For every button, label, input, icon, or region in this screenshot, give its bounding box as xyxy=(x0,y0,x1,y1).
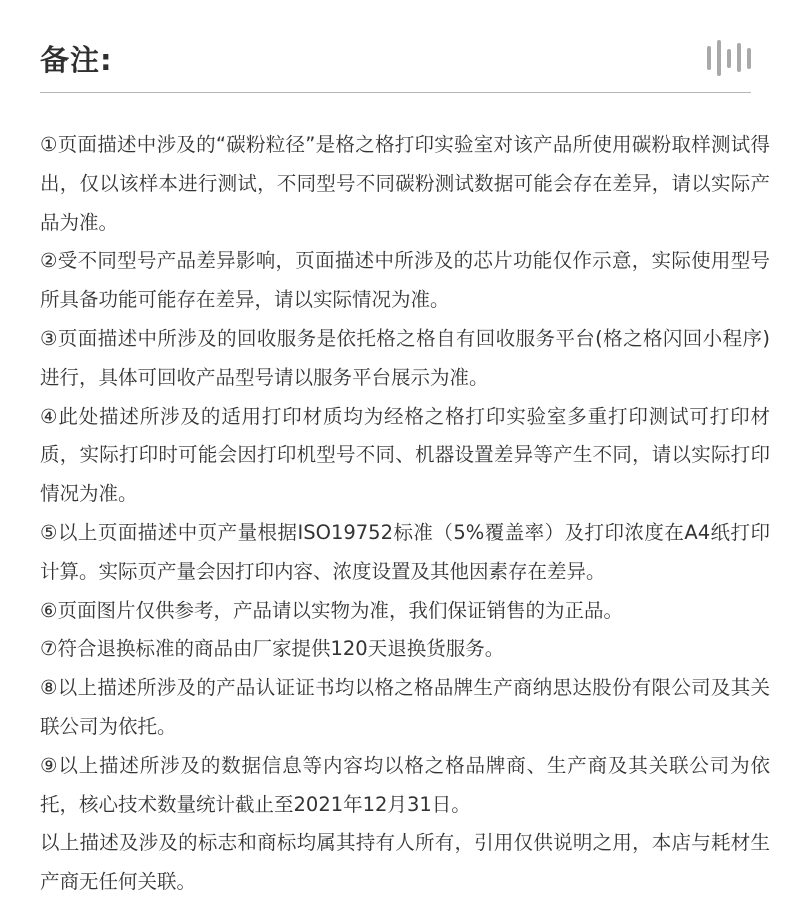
notes-list: ①页面描述中涉及的“碳粉粒径”是格之格打印实验室对该产品所使用碳粉取样测试得出，… xyxy=(40,126,770,902)
wave-bar xyxy=(717,40,721,76)
note-item-7: ⑦符合退换标准的商品由厂家提供120天退换货服务。 xyxy=(40,630,770,669)
page-title: 备注: xyxy=(40,40,113,80)
note-item-2: ②受不同型号产品差异影响，页面描述中所涉及的芯片功能仅作示意，实际使用型号所具备… xyxy=(40,242,770,320)
note-item-4: ④此处描述所涉及的适用打印材质均为经格之格打印实验室多重打印测试可打印材质，实际… xyxy=(40,398,770,514)
note-item-5: ⑤以上页面描述中页产量根据ISO19752标准（5%覆盖率）及打印浓度在A4纸打… xyxy=(40,514,770,592)
header-divider xyxy=(40,92,751,93)
wave-bar xyxy=(707,46,711,70)
wave-bar xyxy=(737,43,741,72)
note-item-6: ⑥页面图片仅供参考，产品请以实物为准，我们保证销售的为正品。 xyxy=(40,592,770,631)
notes-header: 备注: xyxy=(40,38,751,94)
wave-bar xyxy=(727,49,731,68)
wave-bar xyxy=(747,48,751,69)
trademark-disclaimer: 以上描述及涉及的标志和商标均属其持有人所有，引用仅供说明之用，本店与耗材生产商无… xyxy=(40,824,770,902)
note-item-3: ③页面描述中所涉及的回收服务是依托格之格自有回收服务平台(格之格闪回小程序)进行… xyxy=(40,320,770,398)
note-item-1: ①页面描述中涉及的“碳粉粒径”是格之格打印实验室对该产品所使用碳粉取样测试得出，… xyxy=(40,126,770,242)
note-item-9: ⑨以上描述所涉及的数据信息等内容均以格之格品牌商、生产商及其关联公司为依托，核心… xyxy=(40,747,770,825)
note-item-8: ⑧以上描述所涉及的产品认证证书均以格之格品牌生产商纳思达股份有限公司及其关联公司… xyxy=(40,669,770,747)
sound-wave-icon xyxy=(707,40,751,76)
